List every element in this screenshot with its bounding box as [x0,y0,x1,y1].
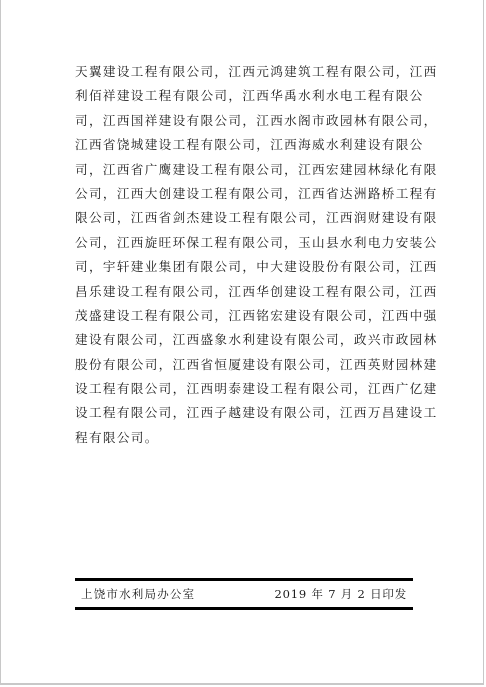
bottom-rule-divider [75,607,413,610]
paragraph-line: 限公司，江西省剑杰建设工程有限公司，江西润财建设有限 [75,206,415,230]
paragraph-line: 设工程有限公司，江西子越建设有限公司，江西万昌建设工 [75,401,415,425]
footer-row: 上饶市水利局办公室 2019 年 7 月 2 日印发 [75,581,413,607]
paragraph-line: 股份有限公司，江西省恒厦建设有限公司，江西英财园林建 [75,353,415,377]
paragraph-line: 公司，江西大创建设工程有限公司，江西省达洲路桥工程有 [75,182,415,206]
document-page: 天翼建设工程有限公司，江西元鸿建筑工程有限公司，江西 利佰祥建设工程有限公司，江… [0,0,484,685]
paragraph-line: 设工程有限公司，江西明泰建设工程有限公司，江西广亿建 [75,377,415,401]
paragraph-line: 公司，江西旋旺环保工程有限公司，玉山县水利电力安装公 [75,231,415,255]
issuer-office: 上饶市水利局办公室 [81,586,195,602]
paragraph-line: 江西省饶城建设工程有限公司，江西海威水利建设有限公 [75,133,415,157]
issue-date: 2019 年 7 月 2 日印发 [275,586,407,602]
paragraph-line: 天翼建设工程有限公司，江西元鸿建筑工程有限公司，江西 [75,60,415,84]
paragraph-line: 司，江西国祥建设有限公司，江西水阁市政园林有限公司， [75,109,415,133]
company-list-paragraph: 天翼建设工程有限公司，江西元鸿建筑工程有限公司，江西 利佰祥建设工程有限公司，江… [75,60,415,450]
issuance-footer: 上饶市水利局办公室 2019 年 7 月 2 日印发 [75,578,413,610]
paragraph-line: 茂盛建设工程有限公司，江西铭宏建设有限公司，江西中强 [75,304,415,328]
paragraph-line: 建设有限公司，江西盛象水利建设有限公司，政兴市政园林 [75,328,415,352]
paragraph-line: 利佰祥建设工程有限公司，江西华禹水利水电工程有限公 [75,84,415,108]
paragraph-line: 司，江西省广鹰建设工程有限公司，江西宏建园林绿化有限 [75,158,415,182]
paragraph-line: 程有限公司。 [75,426,415,450]
paragraph-line: 昌乐建设工程有限公司，江西华创建设工程有限公司，江西 [75,280,415,304]
paragraph-line: 司，宇轩建业集团有限公司，中大建设股份有限公司，江西 [75,255,415,279]
